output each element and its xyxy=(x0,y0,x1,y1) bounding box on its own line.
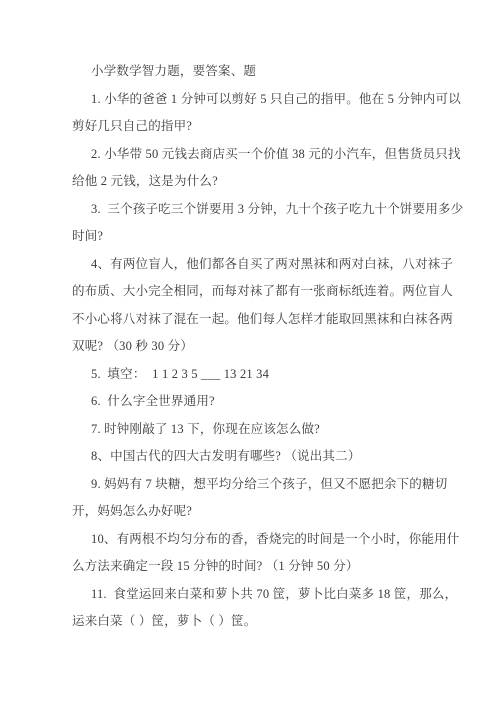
doc-title: 小学数学智力题，要答案、题 xyxy=(72,58,464,86)
doc-line: 10、有两根不均匀分布的香，香烧完的时间是一个小时，你能用什 xyxy=(72,526,464,554)
doc-line: 开，妈妈怎么办好呢? xyxy=(72,498,464,526)
doc-line: 1. 小华的爸爸 1 分钟可以剪好 5 只自己的指甲。他在 5 分钟内可以 xyxy=(72,86,464,114)
doc-line: 3. 三个孩子吃三个饼要用 3 分钟，九十个孩子吃九十个饼要用多少 xyxy=(72,196,464,224)
doc-line: 5. 填空： 1 1 2 3 5 ___ 13 21 34 xyxy=(72,361,464,389)
doc-line: 不小心将八对袜了混在一起。他们每人怎样才能取回黑袜和白袜各两 xyxy=(72,306,464,334)
doc-line: 7. 时钟刚敲了 13 下，你现在应该怎么做? xyxy=(72,416,464,444)
document-body: 小学数学智力题，要答案、题1. 小华的爸爸 1 分钟可以剪好 5 只自己的指甲。… xyxy=(72,58,464,636)
doc-line: 8、中国古代的四大古发明有哪些? （说出其二） xyxy=(72,443,464,471)
doc-line: 的布质、大小完全相同，而每对袜了都有一张商标纸连着。两位盲人 xyxy=(72,278,464,306)
doc-line: 时间? xyxy=(72,223,464,251)
doc-line: 4、有两位盲人，他们都各自买了两对黑袜和两对白袜，八对袜子 xyxy=(72,251,464,279)
doc-line: 6. 什么字全世界通用? xyxy=(72,388,464,416)
doc-line: 2. 小华带 50 元钱去商店买一个价值 38 元的小汽车，但售货员只找 xyxy=(72,141,464,169)
doc-line: 剪好几只自己的指甲? xyxy=(72,113,464,141)
doc-line: 给他 2 元钱，这是为什么? xyxy=(72,168,464,196)
doc-line: 9. 妈妈有 7 块糖，想平均分给三个孩子，但又不愿把余下的糖切 xyxy=(72,471,464,499)
doc-line: 双呢? （30 秒 30 分） xyxy=(72,333,464,361)
doc-line: 运来白菜（ ）筐，萝卜（ ）筐。 xyxy=(72,608,464,636)
doc-line: 11. 食堂运回来白菜和萝卜共 70 筐，萝卜比白菜多 18 筐，那么， xyxy=(72,581,464,609)
doc-line: 么方法来确定一段 15 分钟的时间? （1 分钟 50 分） xyxy=(72,553,464,581)
document-page: 小学数学智力题，要答案、题1. 小华的爸爸 1 分钟可以剪好 5 只自己的指甲。… xyxy=(0,0,500,707)
